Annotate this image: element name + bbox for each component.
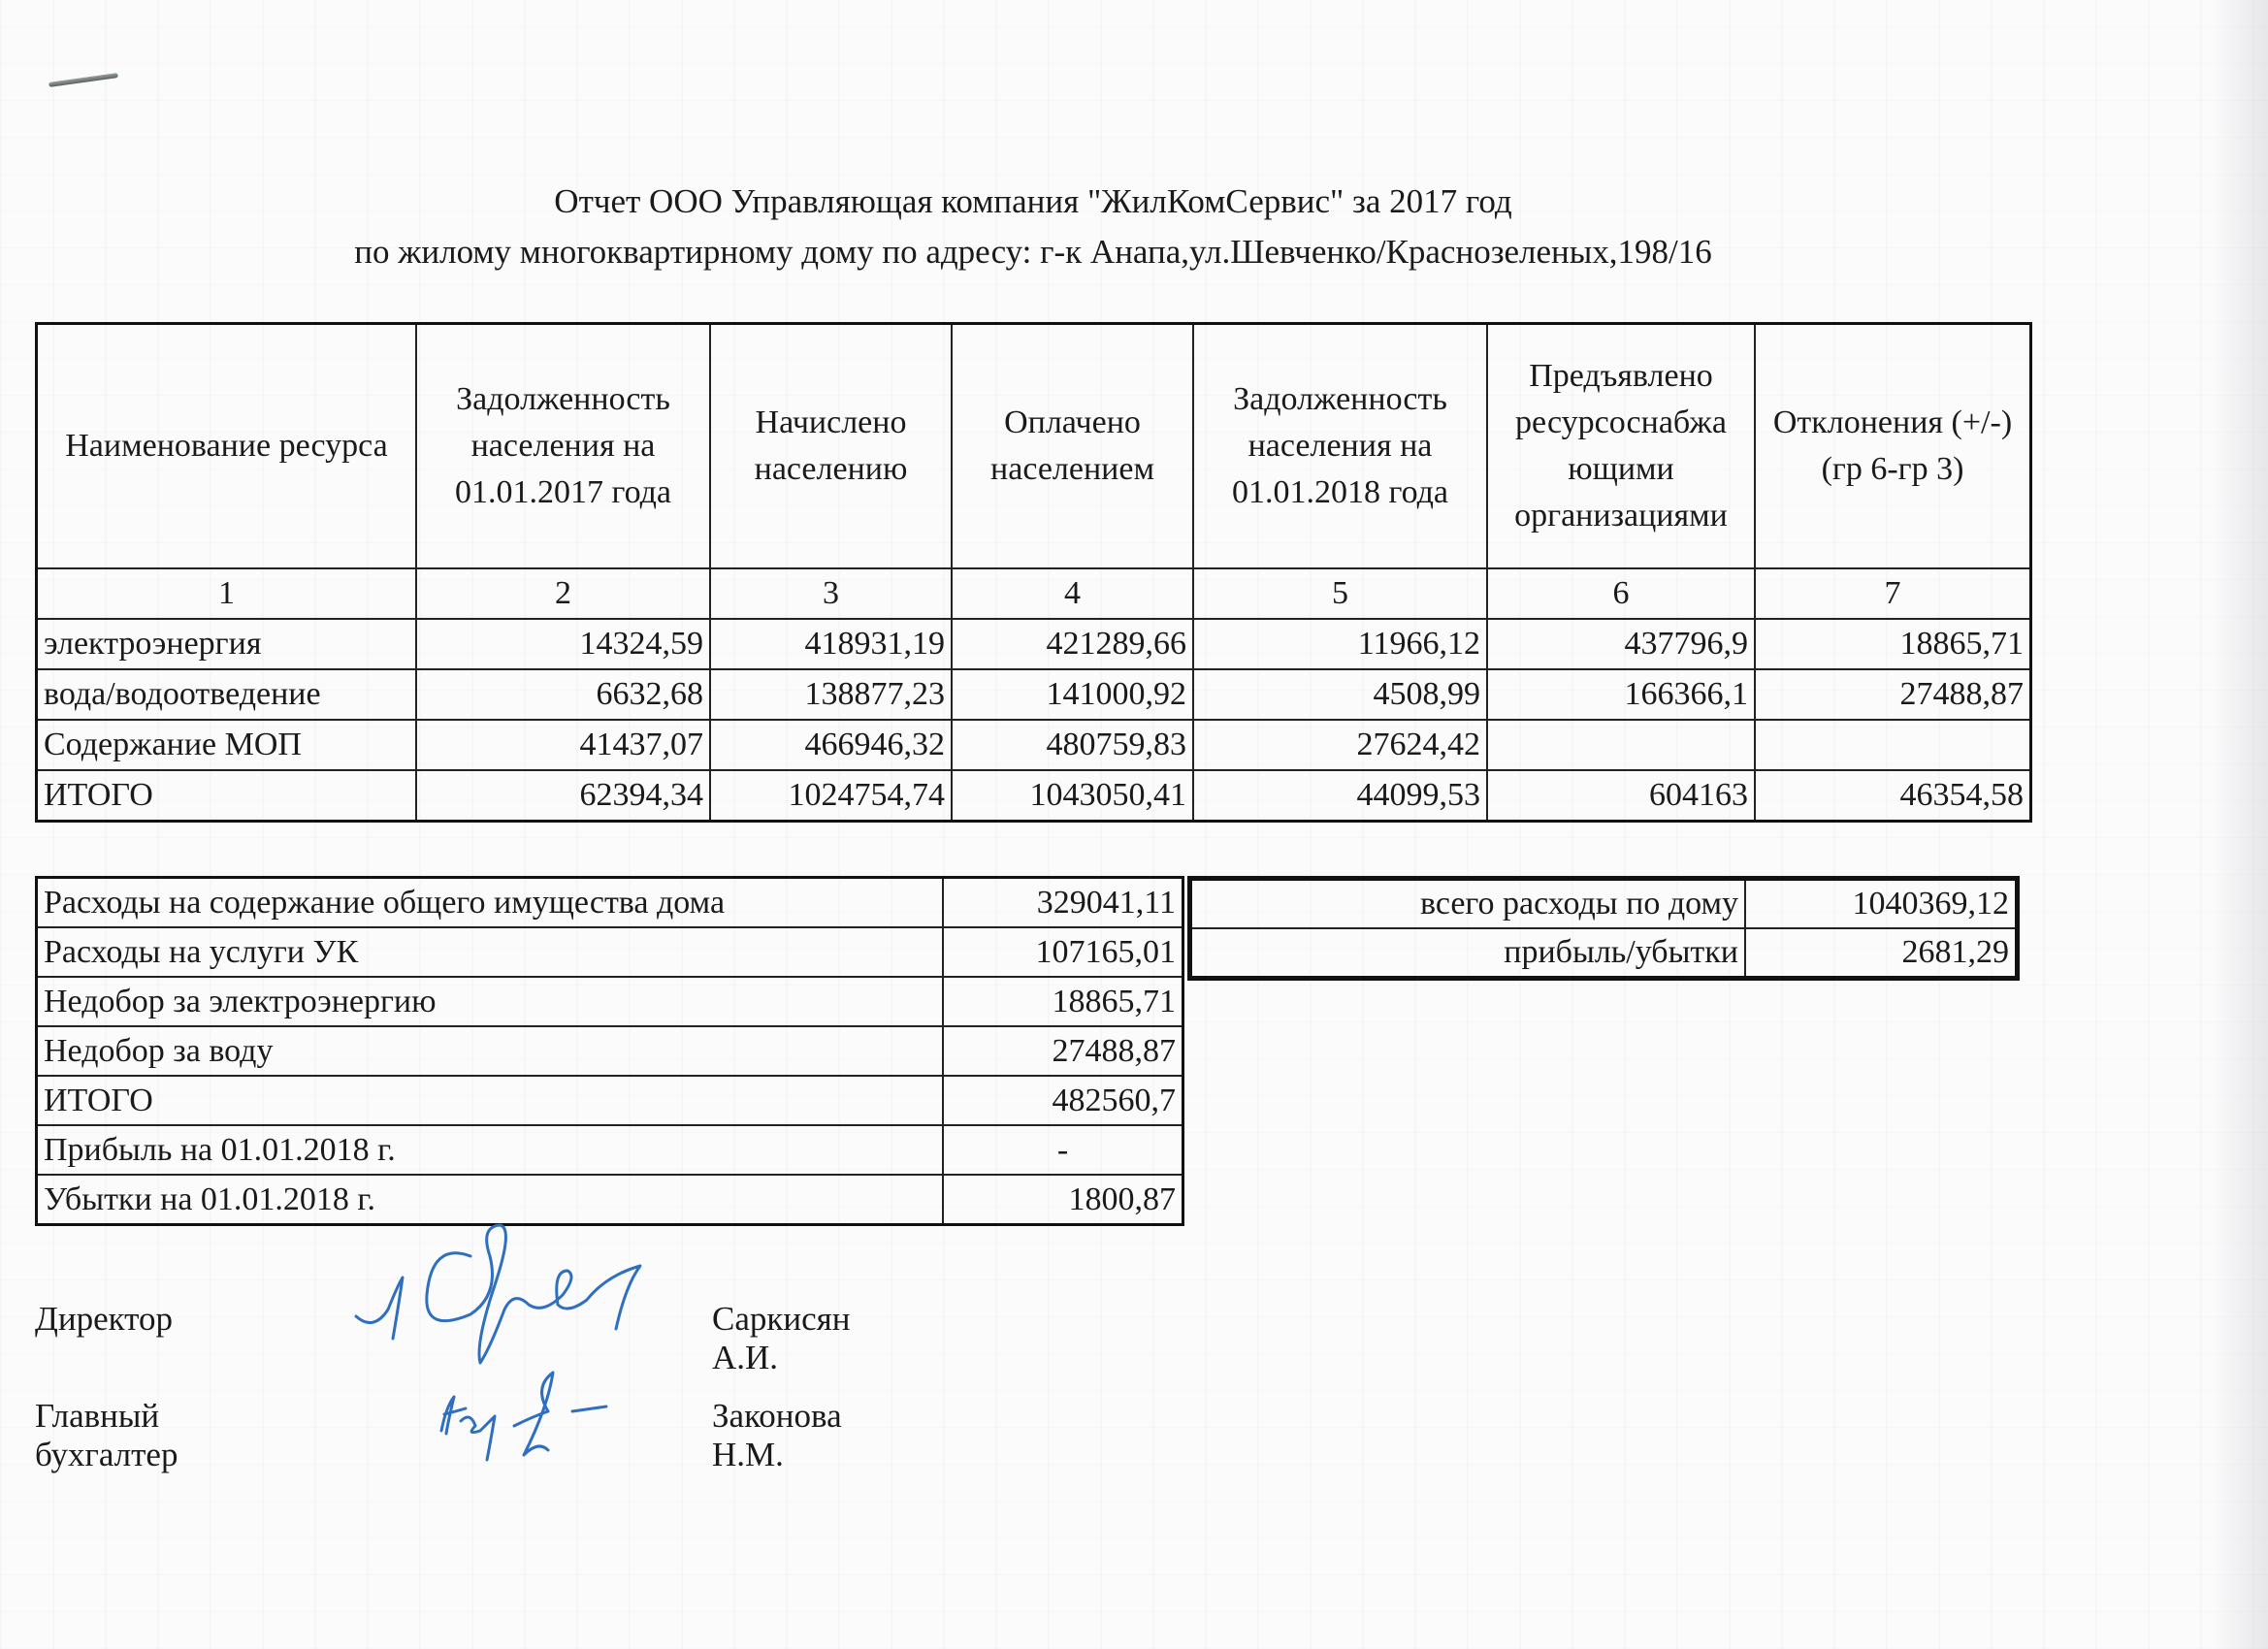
table-row: Недобор за электроэнергию18865,71: [37, 977, 1183, 1026]
table-row: Расходы на содержание общего имущества д…: [37, 878, 1183, 928]
header-row: Наименование ресурса Задолженность насел…: [37, 324, 2031, 569]
table-cell: 6632,68: [416, 669, 710, 720]
report-subtitle-address: по жилому многоквартирному дому по адрес…: [0, 231, 2066, 274]
expense-label: Расходы на услуги УК: [37, 927, 944, 977]
resource-name: ИТОГО: [37, 770, 417, 822]
expense-label: Недобор за электроэнергию: [37, 977, 944, 1026]
column-number-row: 1 2 3 4 5 6 7: [37, 568, 2031, 619]
column-number: 3: [710, 568, 952, 619]
table-cell: 27488,87: [1755, 669, 2031, 720]
summary-label: всего расходы по дому: [1190, 879, 1746, 929]
table-cell: [1487, 720, 1755, 770]
expense-value: 482560,7: [943, 1076, 1183, 1125]
table-cell: 44099,53: [1193, 770, 1487, 822]
summary-value: 2681,29: [1745, 928, 2018, 979]
director-role: Директор: [35, 1300, 173, 1339]
table-cell: 14324,59: [416, 619, 710, 669]
header-debt-2018: Задолженность населения на 01.01.2018 го…: [1193, 324, 1487, 569]
table-cell: 62394,34: [416, 770, 710, 822]
header-billed-by-suppliers: Предъявлено ресурсоснабжа ющими организа…: [1487, 324, 1755, 569]
staple-mark: [49, 73, 118, 87]
accountant-role: Главный бухгалтер: [35, 1397, 178, 1474]
table-cell: 138877,23: [710, 669, 952, 720]
expense-label: ИТОГО: [37, 1076, 944, 1125]
accountant-name: Законова Н.М.: [712, 1397, 842, 1474]
table-cell: [1755, 720, 2031, 770]
column-number: 5: [1193, 568, 1487, 619]
table-row: Прибыль на 01.01.2018 г.-: [37, 1125, 1183, 1175]
header-paid: Оплачено населением: [952, 324, 1193, 569]
header-debt-2017: Задолженность населения на 01.01.2017 го…: [416, 324, 710, 569]
expense-value: 18865,71: [943, 977, 1183, 1026]
table-row-electricity: электроэнергия 14324,59 418931,19 421289…: [37, 619, 2031, 669]
table-cell: 1043050,41: [952, 770, 1193, 822]
accountant-handwritten-signature: [427, 1368, 621, 1474]
table-row-total: ИТОГО 62394,34 1024754,74 1043050,41 440…: [37, 770, 2031, 822]
table-row: Расходы на услуги УК107165,01: [37, 927, 1183, 977]
expense-value: 1800,87: [943, 1175, 1183, 1225]
column-number: 7: [1755, 568, 2031, 619]
column-number: 2: [416, 568, 710, 619]
table-cell: 11966,12: [1193, 619, 1487, 669]
resource-name: электроэнергия: [37, 619, 417, 669]
table-cell: 421289,66: [952, 619, 1193, 669]
table-cell: 4508,99: [1193, 669, 1487, 720]
table-row: Недобор за воду27488,87: [37, 1026, 1183, 1076]
resource-name: вода/водоотведение: [37, 669, 417, 720]
table-cell: 27624,42: [1193, 720, 1487, 770]
table-cell: 604163: [1487, 770, 1755, 822]
expense-value: -: [943, 1125, 1183, 1175]
column-number: 1: [37, 568, 417, 619]
table-cell: 46354,58: [1755, 770, 2031, 822]
expense-value: 107165,01: [943, 927, 1183, 977]
table-cell: 480759,83: [952, 720, 1193, 770]
table-cell: 466946,32: [710, 720, 952, 770]
expense-label: Прибыль на 01.01.2018 г.: [37, 1125, 944, 1175]
table-cell: 141000,92: [952, 669, 1193, 720]
table-row-common-property: Содержание МОП 41437,07 466946,32 480759…: [37, 720, 2031, 770]
summary-box: всего расходы по дому1040369,12 прибыль/…: [1187, 876, 2020, 981]
resource-table: Наименование ресурса Задолженность насел…: [35, 322, 2032, 823]
summary-value: 1040369,12: [1745, 879, 2018, 929]
expense-label: Недобор за воду: [37, 1026, 944, 1076]
header-resource-name: Наименование ресурса: [37, 324, 417, 569]
table-row: прибыль/убытки2681,29: [1190, 928, 2018, 979]
summary-label: прибыль/убытки: [1190, 928, 1746, 979]
header-charged: Начислено населению: [710, 324, 952, 569]
resource-name: Содержание МОП: [37, 720, 417, 770]
column-number: 6: [1487, 568, 1755, 619]
column-number: 4: [952, 568, 1193, 619]
header-deviation: Отклонения (+/-)(гр 6-гр 3): [1755, 324, 2031, 569]
expense-table: Расходы на содержание общего имущества д…: [35, 876, 1184, 1226]
table-cell: 437796,9: [1487, 619, 1755, 669]
expense-label: Расходы на содержание общего имущества д…: [37, 878, 944, 928]
director-name: Саркисян А.И.: [712, 1300, 850, 1377]
table-cell: 166366,1: [1487, 669, 1755, 720]
table-cell: 418931,19: [710, 619, 952, 669]
table-row: ИТОГО482560,7: [37, 1076, 1183, 1125]
report-title: Отчет ООО Управляющая компания "ЖилКомСе…: [0, 180, 2066, 223]
scan-edge-shadow: [2210, 0, 2268, 1649]
table-row-water: вода/водоотведение 6632,68 138877,23 141…: [37, 669, 2031, 720]
table-cell: 18865,71: [1755, 619, 2031, 669]
expense-value: 329041,11: [943, 878, 1183, 928]
director-handwritten-signature: [335, 1217, 664, 1382]
table-cell: 41437,07: [416, 720, 710, 770]
expense-value: 27488,87: [943, 1026, 1183, 1076]
table-row: всего расходы по дому1040369,12: [1190, 879, 2018, 929]
table-cell: 1024754,74: [710, 770, 952, 822]
